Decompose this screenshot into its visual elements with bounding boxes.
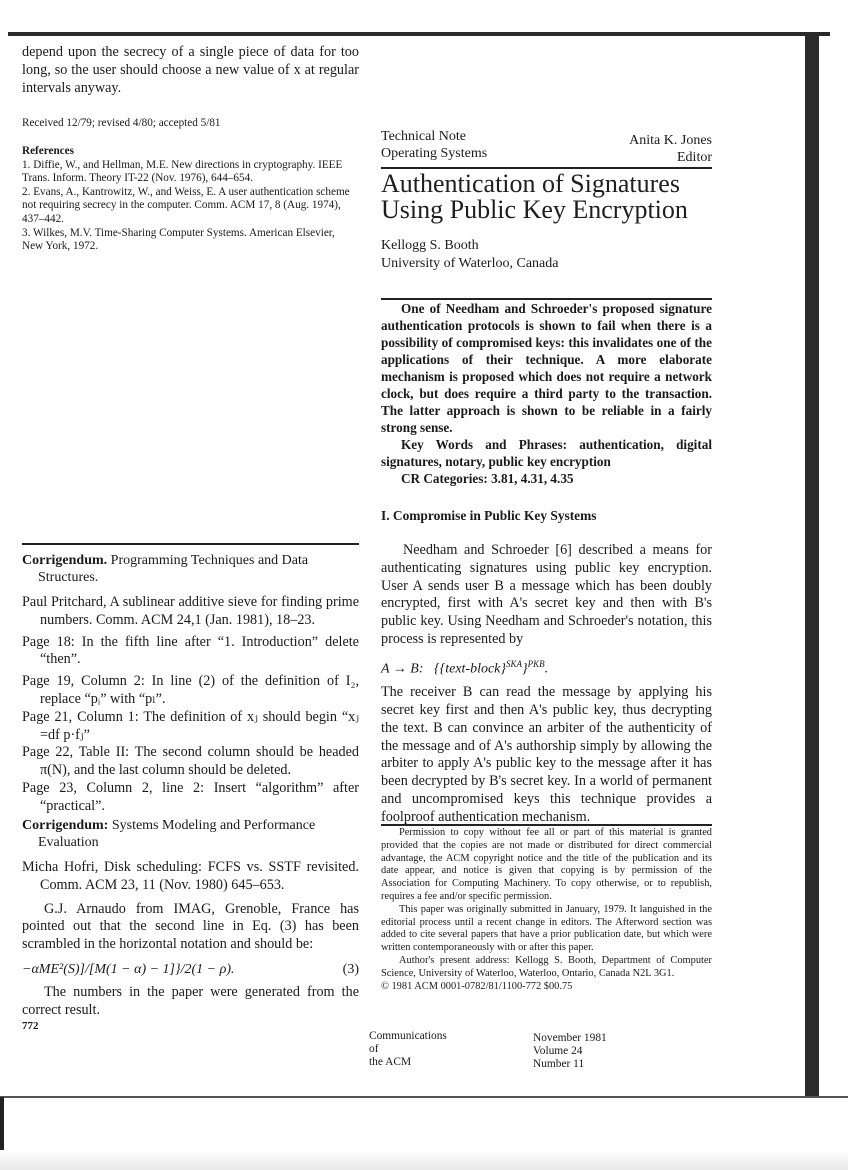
received-dates: Received 12/79; revised 4/80; accepted 5… — [22, 117, 359, 131]
reference-item: 3. Wilkes, M.V. Time-Sharing Computer Sy… — [22, 227, 352, 254]
scan-top-edge — [8, 32, 830, 36]
equation-number: (3) — [343, 961, 359, 979]
corrigendum-citation: Micha Hofri, Disk scheduling: FCFS vs. S… — [22, 859, 359, 895]
author-affiliation: University of Waterloo, Canada — [381, 255, 712, 273]
issue-info: November 1981 Volume 24 Number 11 — [533, 1032, 607, 1071]
reference-item: 2. Evans, A., Kantrowitz, W., and Weiss,… — [22, 186, 352, 227]
editor-role: Editor — [629, 149, 712, 166]
corrigendum-title: Corrigendum: Systems Modeling and Perfor… — [22, 817, 359, 851]
journal-line: of — [369, 1043, 447, 1056]
journal-name: Communications of the ACM — [369, 1030, 447, 1069]
permission-notice: Permission to copy without fee all or pa… — [381, 827, 712, 904]
footnotes: Permission to copy without fee all or pa… — [381, 827, 712, 993]
body-paragraph: Needham and Schroeder [6] described a me… — [381, 542, 712, 649]
corrigendum-item: Page 19, Column 2: In line (2) of the de… — [22, 673, 359, 709]
formula-end: . — [545, 661, 549, 676]
issue-number: Number 11 — [533, 1058, 607, 1071]
copyright: © 1981 ACM 0001-0782/81/1100-772 $00.75 — [381, 981, 712, 994]
submission-note: This paper was originally submitted in J… — [381, 904, 712, 955]
references-heading: References — [22, 145, 352, 159]
reference-item: 1. Diffie, W., and Hellman, M.E. New dir… — [22, 159, 352, 186]
abstract: One of Needham and Schroeder's proposed … — [381, 300, 712, 487]
author-block: Kellogg S. Booth University of Waterloo,… — [381, 237, 712, 273]
corrigendum-divider — [22, 543, 359, 545]
title-line: Using Public Key Encryption — [381, 197, 712, 223]
section-info: Technical Note Operating Systems Anita K… — [381, 128, 712, 166]
scan-bottom-edge — [0, 1096, 848, 1098]
corrigendum-item: Page 18: In the fifth line after “1. Int… — [22, 634, 359, 670]
article-header: Technical Note Operating Systems Anita K… — [381, 128, 712, 273]
corrigendum-label: Corrigendum. — [22, 553, 107, 568]
scan-shadow — [0, 1150, 848, 1170]
section-department: Operating Systems — [381, 145, 487, 162]
formula-sup-pkb: PKB — [528, 659, 545, 669]
article-title: Authentication of Signatures Using Publi… — [381, 171, 712, 223]
keywords: Key Words and Phrases: authentication, d… — [381, 436, 712, 470]
issue-volume: Volume 24 — [533, 1045, 607, 1058]
corrigendum-label: Corrigendum: — [22, 818, 108, 833]
author-name: Kellogg S. Booth — [381, 237, 712, 255]
footnote-divider — [381, 824, 712, 826]
issue-date: November 1981 — [533, 1032, 607, 1045]
article-body: Needham and Schroeder [6] described a me… — [381, 542, 712, 827]
journal-line: Communications — [369, 1030, 447, 1043]
author-address: Author's present address: Kellogg S. Boo… — [381, 955, 712, 981]
corrigendum-closing: The numbers in the paper were generated … — [22, 984, 359, 1020]
corrigendum-systems-modeling: Corrigendum: Systems Modeling and Perfor… — [22, 817, 359, 1019]
notation-formula: A → B: {{text-block}SKA}PKB. — [381, 656, 712, 678]
page-number: 772 — [22, 1020, 39, 1032]
corrigendum-programming: Corrigendum. Programming Techniques and … — [22, 552, 359, 816]
section-type: Technical Note — [381, 128, 487, 145]
corrigendum-item: Page 23, Column 2, line 2: Insert “algor… — [22, 780, 359, 816]
corrected-equation: −αME²(S)]/[M(1 − α) − 1]}/2(1 − ρ). (3) — [22, 961, 359, 979]
corrigendum-title: Corrigendum. Programming Techniques and … — [22, 552, 359, 586]
formula-body: {{text-block} — [434, 661, 506, 676]
corrigendum-citation: Paul Pritchard, A sublinear additive sie… — [22, 594, 359, 630]
formula-sup-ska: SKA — [506, 659, 522, 669]
equation-text: −αME²(S)]/[M(1 − α) − 1]}/2(1 − ρ). — [22, 961, 234, 979]
editor-name: Anita K. Jones — [629, 132, 712, 149]
abstract-text: One of Needham and Schroeder's proposed … — [381, 300, 712, 436]
corrigendum-item: Page 22, Table II: The second column sho… — [22, 744, 359, 780]
corrigendum-body: G.J. Arnaudo from IMAG, Grenoble, France… — [22, 901, 359, 954]
scan-right-edge — [805, 36, 819, 1096]
previous-article-continuation: depend upon the secrecy of a single piec… — [22, 44, 359, 97]
formula-lhs: A → B: — [381, 661, 424, 676]
journal-line: the ACM — [369, 1056, 447, 1069]
corrigendum-item: Page 21, Column 1: The definition of xⱼ … — [22, 709, 359, 745]
section-heading: I. Compromise in Public Key Systems — [381, 508, 712, 524]
body-paragraph: The receiver B can read the message by a… — [381, 684, 712, 826]
cr-categories: CR Categories: 3.81, 4.31, 4.35 — [381, 470, 712, 487]
references-list: References 1. Diffie, W., and Hellman, M… — [22, 145, 352, 254]
title-line: Authentication of Signatures — [381, 171, 712, 197]
